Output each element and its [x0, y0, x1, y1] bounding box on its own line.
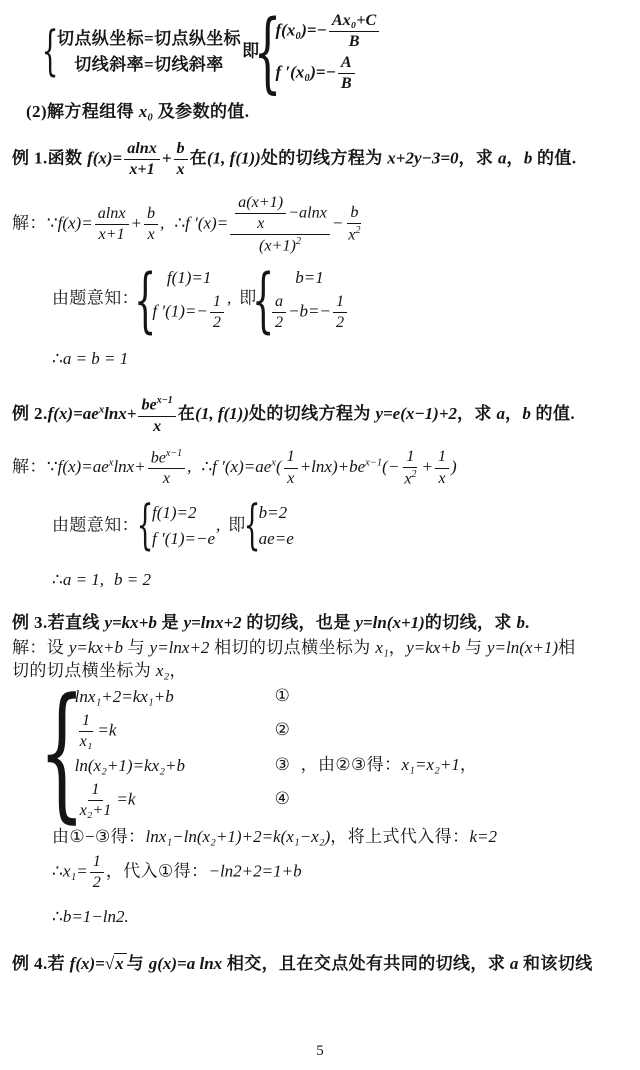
math-run: be	[141, 397, 156, 414]
math-run: 1	[213, 293, 221, 310]
system-row: ae=e	[259, 528, 294, 551]
math-run: B	[341, 75, 352, 92]
math-run: 1	[438, 448, 446, 465]
fraction: 1x	[435, 448, 449, 487]
math-run: )	[451, 457, 457, 476]
braced-system: {f(1)=1f ′(1)=−12	[140, 267, 226, 332]
denominator: x	[160, 469, 173, 488]
fraction: bx	[174, 140, 188, 179]
math-run: 2	[93, 874, 101, 891]
left-brace-glyph: {	[143, 267, 148, 332]
radical-sign: √	[105, 954, 114, 973]
text-run: ，	[169, 661, 186, 680]
radicand: x	[114, 953, 127, 973]
example2-heading: 例 2.f(x)=aexlnx+bex−1x在(1, f(1))处的切线方程为 …	[12, 395, 640, 436]
math-run: a	[275, 293, 283, 310]
fraction: AB	[338, 54, 355, 93]
system-rows: lnx₁+2=kx₁+b①1x₁=k②ln(x₂+1)=kx₂+b③，由②③得：…	[73, 685, 478, 820]
equation-label: ④	[275, 788, 301, 811]
denominator: B	[346, 32, 363, 51]
example1-solution: 解：∵f(x)=alnxx+1+bx,∴f ′(x)=a(x+1)x−alnx(…	[12, 194, 640, 256]
text-run: ，求	[457, 404, 496, 423]
example4-heading: 例 4.若 f(x)=√x与 g(x)=a lnx 相交，且在交点处有共同的切线…	[12, 953, 640, 976]
numerator: b	[144, 205, 158, 225]
math-run: (1, f(1))	[207, 149, 261, 168]
example3-step-subtract: 由①−③得：lnx₁−ln(x₂+1)+2=k(x₁−x₂)，将上式代入得：k=…	[52, 826, 640, 849]
example1-heading: 例 1.函数 f(x)=alnxx+1+bx在(1, f(1))处的切线方程为 …	[12, 140, 640, 179]
math-run: lnx₁+2=kx₁+b	[75, 687, 174, 706]
equation: 1x₂+1=k	[75, 781, 275, 820]
text-run: ，	[460, 755, 477, 774]
math-run: y=kx+b	[406, 638, 460, 657]
math-run: x	[257, 215, 264, 232]
math-run: ∴x₁=	[52, 862, 88, 881]
text-run: 切点纵坐标=切点纵坐标	[57, 29, 241, 48]
fraction: bx	[144, 205, 158, 244]
numerator: A	[338, 54, 355, 74]
math-run: a	[496, 404, 505, 423]
math-run: x	[147, 226, 154, 243]
superscript: x−1	[157, 395, 173, 406]
math-run: ∴b=1−ln2.	[52, 907, 129, 926]
numerator: 1	[88, 781, 102, 801]
example3-answer: ∴b=1−ln2.	[52, 906, 640, 929]
fraction: bex−1x	[138, 395, 175, 436]
document-page: {切点纵坐标=切点纵坐标切线斜率=切线斜率即{f(x₀)=−Ax₀+CBf ′(…	[0, 0, 640, 1070]
numerator: bex−1	[148, 448, 185, 469]
text-run: ，	[506, 149, 523, 168]
denominator: x	[435, 469, 448, 488]
denominator: x	[174, 160, 188, 179]
example3-heading: 例 3.若直线 y=kx+b 是 y=lnx+2 的切线，也是 y=ln(x+1…	[12, 612, 640, 635]
denominator: x+1	[96, 225, 128, 244]
sqrt-expression: √x	[105, 953, 127, 973]
math-run: ∴f ′(x)=ae	[201, 457, 271, 476]
denominator: x	[284, 469, 297, 488]
math-run: f(x)=	[70, 954, 105, 973]
math-run: ∵f(x)=ae	[47, 457, 109, 476]
math-run: ,	[160, 213, 164, 232]
math-run: lnx+	[104, 404, 136, 423]
denominator: x2	[345, 224, 363, 244]
numerator: alnx	[124, 140, 160, 160]
math-run: x₁=x₂+1	[401, 755, 459, 774]
fraction: 1x2	[401, 448, 419, 489]
system-row: f(1)=2	[152, 502, 197, 525]
text-run: ，求	[459, 149, 498, 168]
system-rows: b=2ae=e	[257, 502, 294, 551]
math-run: y=lnx+2	[184, 613, 242, 632]
math-run: b	[522, 404, 531, 423]
text-run: 在	[178, 404, 195, 423]
example1-conditions: 由题意知：{f(1)=1f ′(1)=−12,即{b=1a2−b=−12	[52, 267, 640, 332]
left-brace-glyph: {	[260, 267, 265, 332]
math-run: (−	[382, 457, 399, 476]
math-run: f ′(1)=−	[152, 302, 207, 321]
fraction: 12	[333, 293, 347, 332]
math-run: f ′(x₀)=−	[275, 63, 335, 82]
math-run: x	[287, 470, 294, 487]
math-run: a(x+1)	[238, 194, 283, 211]
text-run: 相切的切点横坐标为	[209, 638, 375, 657]
system-row: f ′(1)=−12	[152, 293, 226, 332]
math-run: −b=−	[288, 302, 331, 321]
math-run: ∴a = 1,	[52, 570, 104, 589]
system-row: lnx₁+2=kx₁+b①	[75, 685, 301, 709]
example3-setup-line2: 切的切点横坐标为 x₂，	[12, 660, 640, 683]
math-run: b	[177, 140, 185, 157]
math-run: f(x)=ae	[48, 404, 99, 423]
math-run: 1	[91, 781, 99, 798]
system-rows: f(1)=2f ′(1)=−e	[150, 502, 215, 551]
text-run: 相交，且在交点处有共同的切线，求	[222, 954, 510, 973]
text-run: 处的切线方程为	[249, 404, 375, 423]
denominator: 2	[333, 313, 347, 332]
math-run: B	[349, 33, 360, 50]
fraction: 12	[90, 853, 104, 892]
math-run: f(1)=1	[167, 268, 212, 287]
system-row: f(1)=1	[167, 267, 212, 290]
left-brace-glyph: {	[56, 685, 67, 820]
text-run: 切线斜率=切线斜率	[74, 55, 223, 74]
system-row: f ′(1)=−e	[152, 528, 215, 551]
math-run: (1, f(1))	[195, 404, 249, 423]
text-run: 处的切线方程为	[261, 149, 387, 168]
text-run: 在	[190, 149, 207, 168]
fraction: bex−1x	[148, 448, 185, 489]
text-run: 与	[123, 638, 150, 657]
math-run: 2	[336, 314, 344, 331]
text-run: 是	[157, 613, 184, 632]
math-run: −alnx	[288, 204, 327, 221]
math-run: 1	[406, 448, 414, 465]
system-row: b=1	[295, 267, 323, 290]
system-row: 切线斜率=切线斜率	[74, 54, 223, 77]
math-run: −ln2+2=1+b	[208, 862, 301, 881]
math-run: +	[162, 149, 172, 168]
math-run: y=kx+b	[104, 613, 156, 632]
braced-system: {lnx₁+2=kx₁+b①1x₁=k②ln(x₂+1)=kx₂+b③，由②③得…	[51, 685, 477, 820]
numerator: a(x+1)	[235, 194, 286, 214]
system-rows: f(x₀)=−Ax₀+CBf ′(x₀)=−AB	[273, 12, 381, 93]
text-run: ，	[389, 638, 406, 657]
braced-system: {b=2ae=e	[247, 502, 294, 551]
fraction: alnxx+1	[95, 205, 129, 244]
text-run: ，将上式代入得：	[330, 827, 469, 846]
text-run: ，由②③得：	[301, 755, 402, 774]
math-run: +	[131, 213, 142, 232]
math-run: ,	[216, 516, 220, 535]
example2-solution: 解：∵f(x)=aexlnx+bex−1x,∴f ′(x)=aex(1x+lnx…	[12, 448, 640, 489]
fraction: a(x+1)x−alnx(x+1)2	[230, 194, 330, 256]
math-run: y=kx+b	[69, 638, 123, 657]
text-run: .	[525, 613, 530, 632]
text-run: 例 1.函数	[12, 149, 87, 168]
left-brace-glyph: {	[143, 502, 148, 551]
math-run: f(x)=	[87, 149, 122, 168]
math-run: alnx	[127, 140, 157, 157]
equation-label: ②	[275, 719, 301, 742]
math-run: (	[276, 457, 282, 476]
fraction: bx2	[345, 204, 363, 245]
superscript: 2	[411, 469, 416, 480]
text-run: ，	[505, 404, 522, 423]
superscript: 2	[296, 236, 301, 247]
text-run: 由题意知：	[52, 516, 139, 535]
text-run: 与	[127, 954, 149, 973]
math-run: =k	[116, 789, 135, 808]
superscript: x−1	[365, 457, 382, 468]
numerator: Ax₀+C	[329, 12, 379, 32]
math-run: ln(x₂+1)=kx₂+b	[75, 756, 185, 775]
numerator: 1	[403, 448, 417, 468]
page-number: 5	[0, 1043, 640, 1060]
math-run: f(1)=2	[152, 503, 197, 522]
system-rows: 切点纵坐标=切点纵坐标切线斜率=切线斜率	[55, 28, 241, 77]
braced-system: {f(1)=2f ′(1)=−e	[140, 502, 215, 551]
denominator: x	[150, 417, 164, 436]
text-run: 例 4.若	[12, 954, 70, 973]
math-run: y=ln(x+1)	[487, 638, 558, 657]
text-run: 与	[460, 638, 487, 657]
intro-step2: (2)解方程组得 x₀ 及参数的值.	[26, 101, 640, 124]
math-run: 1	[93, 853, 101, 870]
braced-system: {切点纵坐标=切点纵坐标切线斜率=切线斜率	[45, 28, 241, 77]
system-rows: f(1)=1f ′(1)=−12	[150, 267, 226, 332]
math-run: b=2	[259, 503, 287, 522]
text-run: 相	[558, 638, 575, 657]
math-run: k=2	[470, 827, 498, 846]
math-run: f ′(1)=−e	[152, 529, 215, 548]
math-run: ae=e	[259, 529, 294, 548]
math-run: x	[153, 418, 161, 435]
braced-system: {b=1a2−b=−12	[258, 267, 349, 332]
text-run: 解：设	[12, 638, 69, 657]
fraction: alnxx+1	[124, 140, 160, 179]
math-run: x	[163, 470, 170, 487]
denominator: B	[338, 74, 355, 93]
superscript: 2	[355, 225, 360, 236]
system-row: f ′(x₀)=−AB	[275, 54, 356, 93]
math-run: b	[350, 204, 358, 221]
superscript: x−1	[166, 448, 182, 459]
math-run: lnx+	[113, 457, 145, 476]
left-brace-glyph: {	[249, 502, 254, 551]
example3-setup-line1: 解：设 y=kx+b 与 y=lnx+2 相切的切点横坐标为 x₁，y=kx+b…	[12, 637, 640, 660]
system-row: 1x₁=k②	[75, 712, 301, 751]
text-run: ，代入①得：	[106, 862, 209, 881]
system-rows: b=1a2−b=−12	[268, 267, 349, 332]
math-run: g(x)=a lnx	[149, 954, 222, 973]
math-run: y=e(x−1)+2	[375, 404, 457, 423]
denominator: 2	[210, 313, 224, 332]
intro-tangency-system: {切点纵坐标=切点纵坐标切线斜率=切线斜率即{f(x₀)=−Ax₀+CBf ′(…	[44, 12, 640, 93]
math-run: f(x₀)=−	[275, 21, 326, 40]
numerator: 1	[210, 293, 224, 313]
example2-conditions: 由题意知：{f(1)=2f ′(1)=−e,即{b=2ae=e	[52, 502, 640, 551]
equation-label: ①	[275, 685, 301, 708]
fraction: a(x+1)x	[235, 194, 286, 233]
math-content: {切点纵坐标=切点纵坐标切线斜率=切线斜率即{f(x₀)=−Ax₀+CBf ′(…	[0, 0, 640, 976]
text-run: 解：	[12, 213, 47, 232]
equation: 1x₁=k	[75, 712, 275, 751]
text-run: 例 2.	[12, 404, 48, 423]
left-brace-glyph: {	[48, 28, 53, 77]
math-run: x₂	[156, 661, 169, 680]
system-row: a2−b=−12	[270, 293, 349, 332]
braced-system: {f(x₀)=−Ax₀+CBf ′(x₀)=−AB	[261, 12, 382, 93]
numerator: b	[347, 204, 361, 224]
math-run: lnx₁−ln(x₂+1)+2=k(x₁−x₂)	[145, 827, 330, 846]
math-run: Ax₀+C	[332, 12, 376, 29]
equation: lnx₁+2=kx₁+b	[75, 686, 275, 709]
text-run: 和该切线	[518, 954, 592, 973]
math-run: (x+1)	[259, 237, 296, 254]
system-row: 切点纵坐标=切点纵坐标	[57, 28, 241, 51]
example3-step-substitute: ∴x₁=12，代入①得：−ln2+2=1+b	[52, 853, 640, 892]
denominator: x	[254, 214, 267, 233]
text-run: (2)解方程组得	[26, 102, 139, 121]
text-run: 由题意知：	[52, 289, 139, 308]
numerator: b	[174, 140, 188, 160]
math-run: =k	[97, 720, 116, 739]
math-run: be	[151, 449, 166, 466]
system-row: 1x₂+1=k④	[75, 781, 301, 820]
system-row: f(x₀)=−Ax₀+CB	[275, 12, 381, 51]
math-run: b	[147, 205, 155, 222]
system-row: ln(x₂+1)=kx₂+b③，由②③得：x₁=x₂+1，	[75, 754, 478, 778]
fraction: 1x	[284, 448, 298, 487]
numerator: 1	[333, 293, 347, 313]
math-run: x	[177, 161, 185, 178]
math-run: x₁	[375, 638, 388, 657]
text-run: 的值.	[532, 149, 576, 168]
left-brace-glyph: {	[264, 12, 270, 93]
math-run: ∵f(x)=	[47, 213, 93, 232]
math-run: x+1	[99, 226, 125, 243]
denominator: x+1	[126, 160, 157, 179]
fraction: 12	[210, 293, 224, 332]
math-run: x+2y−3=0	[387, 149, 458, 168]
text-run: 的切线，求	[425, 613, 517, 632]
math-run: x₀	[139, 102, 153, 121]
math-run: 1	[287, 448, 295, 465]
denominator: 2	[90, 873, 104, 892]
math-run: x+1	[129, 161, 154, 178]
math-run: ,	[187, 457, 191, 476]
text-run: 解：	[12, 457, 47, 476]
numerator: a(x+1)x−alnx	[230, 194, 330, 235]
math-run: 2	[275, 314, 283, 331]
math-run: b	[516, 613, 525, 632]
numerator: 1	[435, 448, 449, 468]
numerator: 1	[284, 448, 298, 468]
text-run: 及参数的值.	[153, 102, 249, 121]
example1-answer: ∴a = b = 1	[52, 348, 640, 371]
math-run: y=ln(x+1)	[355, 613, 424, 632]
math-run: ∴a = b = 1	[52, 349, 128, 368]
math-run: +lnx)+be	[300, 457, 365, 476]
numerator: alnx	[95, 205, 129, 225]
system-row: b=2	[259, 502, 287, 525]
denominator: (x+1)2	[256, 235, 304, 255]
equation: ln(x₂+1)=kx₂+b	[75, 755, 275, 778]
text-run: 的值.	[531, 404, 575, 423]
math-run: x	[438, 470, 445, 487]
math-run: b = 2	[114, 570, 151, 589]
math-run: 1	[336, 293, 344, 310]
math-run: −	[332, 213, 343, 232]
math-run: b=1	[295, 268, 323, 287]
equation-label: ③	[275, 754, 301, 777]
example2-answer: ∴a = 1,b = 2	[52, 569, 640, 592]
fraction: Ax₀+CB	[329, 12, 379, 51]
denominator: x2	[401, 468, 419, 488]
denominator: x	[144, 225, 157, 244]
numerator: 1	[90, 853, 104, 873]
example3-system: {lnx₁+2=kx₁+b①1x₁=k②ln(x₂+1)=kx₂+b③，由②③得…	[50, 685, 640, 820]
text-run: 的切线，也是	[242, 613, 356, 632]
text-run: 例 3.若直线	[12, 613, 104, 632]
math-run: ∴f ′(x)=	[174, 213, 228, 232]
math-run: A	[341, 54, 352, 71]
math-run: alnx	[98, 205, 126, 222]
numerator: bex−1	[138, 395, 175, 416]
math-run: ,	[227, 289, 231, 308]
math-run: y=lnx+2	[150, 638, 210, 657]
math-run: 2	[213, 314, 221, 331]
math-run: +	[421, 457, 432, 476]
